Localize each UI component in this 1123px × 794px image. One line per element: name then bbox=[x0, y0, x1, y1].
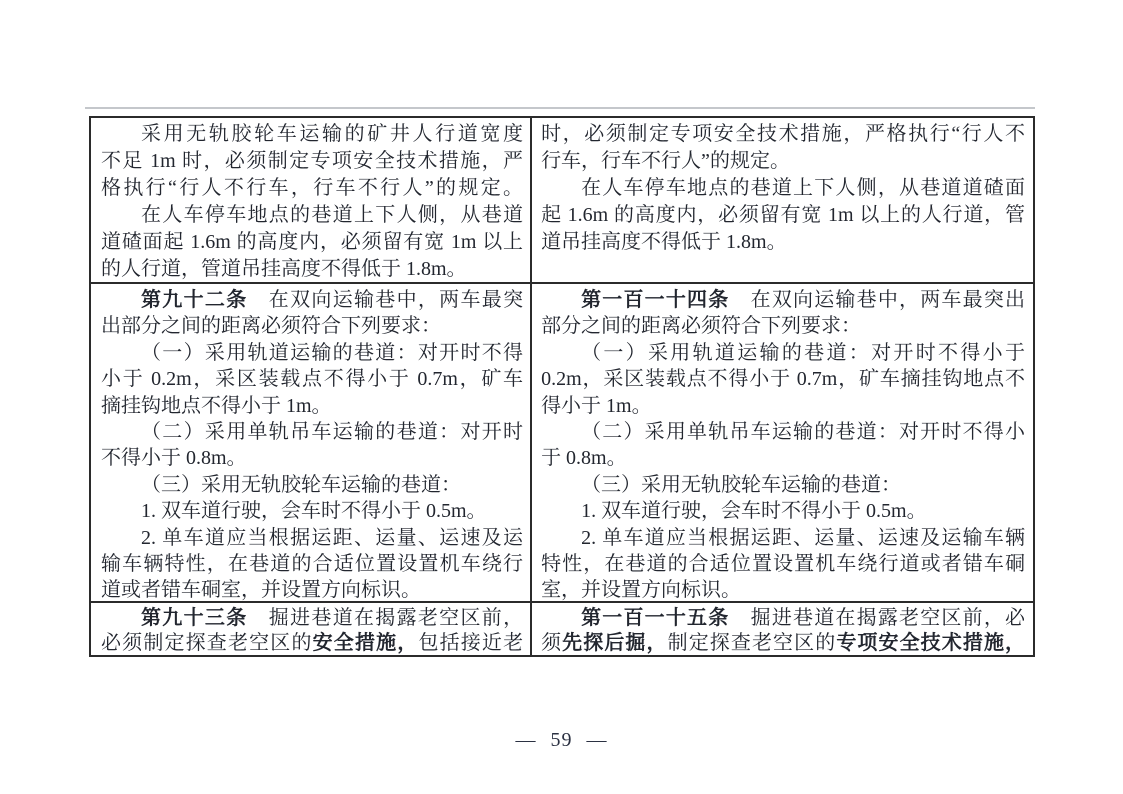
text-run: 0.2m，采区装载点不得小于 0.7m，矿车摘挂钩地点不 bbox=[541, 368, 1025, 390]
text-run: 部分之间的距离必须符合下列要求： bbox=[541, 315, 861, 337]
text-run: 在人车停车地点的巷道上下人侧，从巷道 bbox=[141, 204, 523, 226]
text-line: 2. 单车道应当根据运距、运量、运速及运 bbox=[101, 525, 523, 551]
text-line: 不足 1m 时，必须制定专项安全技术措施，严 bbox=[101, 148, 523, 175]
text-line: 道吊挂高度不得低于 1.8m。 bbox=[541, 229, 1025, 256]
bold-text-run: 专项安全技术措施， bbox=[836, 632, 1025, 654]
text-run: 室，并设置方向标识。 bbox=[541, 579, 741, 601]
text-run: 出部分之间的距离必须符合下列要求： bbox=[101, 315, 441, 337]
text-run: 道吊挂高度不得低于 1.8m。 bbox=[541, 231, 787, 253]
text-run: 输车辆特性，在巷道的合适位置设置机车绕行 bbox=[101, 553, 523, 575]
table-cell: 采用无轨胶轮车运输的矿井人行道宽度不足 1m 时，必须制定专项安全技术措施，严格… bbox=[91, 118, 530, 282]
text-run: 小于 0.2m，采区装载点不得小于 0.7m，矿车 bbox=[101, 368, 523, 390]
text-run: 在双向运输巷中，两车最突 bbox=[248, 289, 524, 311]
table-cell: 时，必须制定专项安全技术措施，严格执行“行人不行车，行车不行人”的规定。在人车停… bbox=[530, 118, 1033, 282]
bold-text-run: 第九十三条 bbox=[141, 607, 248, 629]
text-run: 必须制定探查老空区的 bbox=[101, 632, 313, 654]
text-line: 必须制定探查老空区的安全措施，包括接近老 bbox=[101, 631, 523, 655]
text-run: 包括接近老 bbox=[418, 632, 523, 654]
text-run: 不足 1m 时，必须制定专项安全技术措施，严 bbox=[101, 150, 523, 172]
text-line: 室，并设置方向标识。 bbox=[541, 577, 1025, 601]
text-line: 格执行“行人不行车，行车不行人”的规定。 bbox=[101, 175, 523, 202]
text-line: 第一百一十四条 在双向运输巷中，两车最突出 bbox=[541, 287, 1025, 313]
text-line: 时，必须制定专项安全技术措施，严格执行“行人不 bbox=[541, 121, 1025, 148]
text-line: 道碴面起 1.6m 的高度内，必须留有宽 1m 以上 bbox=[101, 229, 523, 256]
text-line: 部分之间的距离必须符合下列要求： bbox=[541, 313, 1025, 339]
text-run: 的人行道，管道吊挂高度不得低于 1.8m。 bbox=[101, 258, 467, 280]
text-line: 在人车停车地点的巷道上下人侧，从巷道道碴面 bbox=[541, 175, 1025, 202]
text-run: 1. 双车道行驶，会车时不得小于 0.5m。 bbox=[141, 500, 487, 522]
text-line: 道或者错车硐室，并设置方向标识。 bbox=[101, 577, 523, 601]
bold-text-run: 安全措施， bbox=[313, 632, 419, 654]
text-run: （三）采用无轨胶轮车运输的巷道： bbox=[141, 474, 461, 496]
bold-text-run: 第一百一十四条 bbox=[581, 289, 729, 311]
text-line: 1. 双车道行驶，会车时不得小于 0.5m。 bbox=[101, 498, 523, 524]
text-run: （一）采用轨道运输的巷道：对开时不得小于 bbox=[581, 342, 1025, 364]
text-line: （三）采用无轨胶轮车运输的巷道： bbox=[541, 472, 1025, 498]
text-line: 采用无轨胶轮车运输的矿井人行道宽度 bbox=[101, 121, 523, 148]
text-line: 须先探后掘，制定探查老空区的专项安全技术措施， bbox=[541, 631, 1025, 655]
text-run: 摘挂钩地点不得小于 1m。 bbox=[101, 395, 332, 417]
comparison-table: 采用无轨胶轮车运输的矿井人行道宽度不足 1m 时，必须制定专项安全技术措施，严格… bbox=[89, 116, 1035, 657]
text-line: 2. 单车道应当根据运距、运量、运速及运输车辆 bbox=[541, 525, 1025, 551]
text-line: 特性，在巷道的合适位置设置机车绕行道或者错车硐 bbox=[541, 551, 1025, 577]
text-run: 在双向运输巷中，两车最突出 bbox=[729, 289, 1025, 311]
text-run: 采用无轨胶轮车运输的矿井人行道宽度 bbox=[141, 123, 523, 145]
text-run: 掘进巷道在揭露老空区前， bbox=[248, 607, 524, 629]
table-cell: 第九十二条 在双向运输巷中，两车最突出部分之间的距离必须符合下列要求：（一）采用… bbox=[91, 284, 530, 601]
text-run: （三）采用无轨胶轮车运输的巷道： bbox=[581, 474, 901, 496]
table-cell: 第一百一十五条 掘进巷道在揭露老空区前，必须先探后掘，制定探查老空区的专项安全技… bbox=[530, 603, 1033, 655]
text-line: （二）采用单轨吊车运输的巷道：对开时不得小 bbox=[541, 419, 1025, 445]
text-line: （一）采用轨道运输的巷道：对开时不得小于 bbox=[541, 340, 1025, 366]
bold-text-run: 先探后掘， bbox=[562, 632, 667, 654]
text-run: 于 0.8m。 bbox=[541, 447, 627, 469]
text-run: 格执行“行人不行车，行车不行人”的规定。 bbox=[101, 177, 523, 199]
text-line: 的人行道，管道吊挂高度不得低于 1.8m。 bbox=[101, 256, 523, 282]
text-line: 0.2m，采区装载点不得小于 0.7m，矿车摘挂钩地点不 bbox=[541, 366, 1025, 392]
text-run: 制定探查老空区的 bbox=[668, 632, 837, 654]
page-number-text: — 59 — bbox=[516, 729, 608, 751]
text-line: 在人车停车地点的巷道上下人侧，从巷道 bbox=[101, 202, 523, 229]
text-run: 起 1.6m 的高度内，必须留有宽 1m 以上的人行道，管 bbox=[541, 204, 1025, 226]
table-row: 第九十三条 掘进巷道在揭露老空区前，必须制定探查老空区的安全措施，包括接近老第一… bbox=[91, 601, 1033, 655]
text-run: 掘进巷道在揭露老空区前，必 bbox=[729, 607, 1025, 629]
text-line: 起 1.6m 的高度内，必须留有宽 1m 以上的人行道，管 bbox=[541, 202, 1025, 229]
text-run: 道或者错车硐室，并设置方向标识。 bbox=[101, 579, 421, 601]
text-line: 输车辆特性，在巷道的合适位置设置机车绕行 bbox=[101, 551, 523, 577]
page-top-rule bbox=[85, 107, 1035, 109]
text-line: 出部分之间的距离必须符合下列要求： bbox=[101, 313, 523, 339]
document-page: 采用无轨胶轮车运输的矿井人行道宽度不足 1m 时，必须制定专项安全技术措施，严格… bbox=[0, 0, 1123, 794]
text-run: （二）采用单轨吊车运输的巷道：对开时 bbox=[141, 421, 523, 443]
text-line: 第一百一十五条 掘进巷道在揭露老空区前，必 bbox=[541, 606, 1025, 631]
text-run: 不得小于 0.8m。 bbox=[101, 447, 247, 469]
text-run: （一）采用轨道运输的巷道：对开时不得 bbox=[141, 342, 523, 364]
text-run: 特性，在巷道的合适位置设置机车绕行道或者错车硐 bbox=[541, 553, 1025, 575]
text-run: 须 bbox=[541, 632, 562, 654]
text-line: 1. 双车道行驶，会车时不得小于 0.5m。 bbox=[541, 498, 1025, 524]
text-line: （三）采用无轨胶轮车运输的巷道： bbox=[101, 472, 523, 498]
text-line: 摘挂钩地点不得小于 1m。 bbox=[101, 393, 523, 419]
text-line: （一）采用轨道运输的巷道：对开时不得 bbox=[101, 340, 523, 366]
text-line: 行车，行车不行人”的规定。 bbox=[541, 148, 1025, 175]
text-run: 2. 单车道应当根据运距、运量、运速及运 bbox=[141, 527, 523, 549]
page-number: — 59 — bbox=[0, 729, 1123, 752]
text-line: 第九十二条 在双向运输巷中，两车最突 bbox=[101, 287, 523, 313]
text-run: 2. 单车道应当根据运距、运量、运速及运输车辆 bbox=[581, 527, 1025, 549]
text-line: 小于 0.2m，采区装载点不得小于 0.7m，矿车 bbox=[101, 366, 523, 392]
text-run: 行车，行车不行人”的规定。 bbox=[541, 150, 790, 172]
table-row: 第九十二条 在双向运输巷中，两车最突出部分之间的距离必须符合下列要求：（一）采用… bbox=[91, 282, 1033, 601]
text-line: （二）采用单轨吊车运输的巷道：对开时 bbox=[101, 419, 523, 445]
text-line: 于 0.8m。 bbox=[541, 445, 1025, 471]
bold-text-run: 第九十二条 bbox=[141, 289, 248, 311]
text-line: 不得小于 0.8m。 bbox=[101, 445, 523, 471]
text-line: 第九十三条 掘进巷道在揭露老空区前， bbox=[101, 606, 523, 631]
table-row: 采用无轨胶轮车运输的矿井人行道宽度不足 1m 时，必须制定专项安全技术措施，严格… bbox=[91, 118, 1033, 282]
text-line: 得小于 1m。 bbox=[541, 393, 1025, 419]
bold-text-run: 第一百一十五条 bbox=[581, 607, 729, 629]
table-cell: 第一百一十四条 在双向运输巷中，两车最突出部分之间的距离必须符合下列要求：（一）… bbox=[530, 284, 1033, 601]
text-run: 在人车停车地点的巷道上下人侧，从巷道道碴面 bbox=[581, 177, 1025, 199]
text-run: 道碴面起 1.6m 的高度内，必须留有宽 1m 以上 bbox=[101, 231, 523, 253]
table-cell: 第九十三条 掘进巷道在揭露老空区前，必须制定探查老空区的安全措施，包括接近老 bbox=[91, 603, 530, 655]
text-run: 1. 双车道行驶，会车时不得小于 0.5m。 bbox=[581, 500, 927, 522]
text-run: （二）采用单轨吊车运输的巷道：对开时不得小 bbox=[581, 421, 1025, 443]
text-run: 时，必须制定专项安全技术措施，严格执行“行人不 bbox=[541, 123, 1025, 145]
text-run: 得小于 1m。 bbox=[541, 395, 652, 417]
